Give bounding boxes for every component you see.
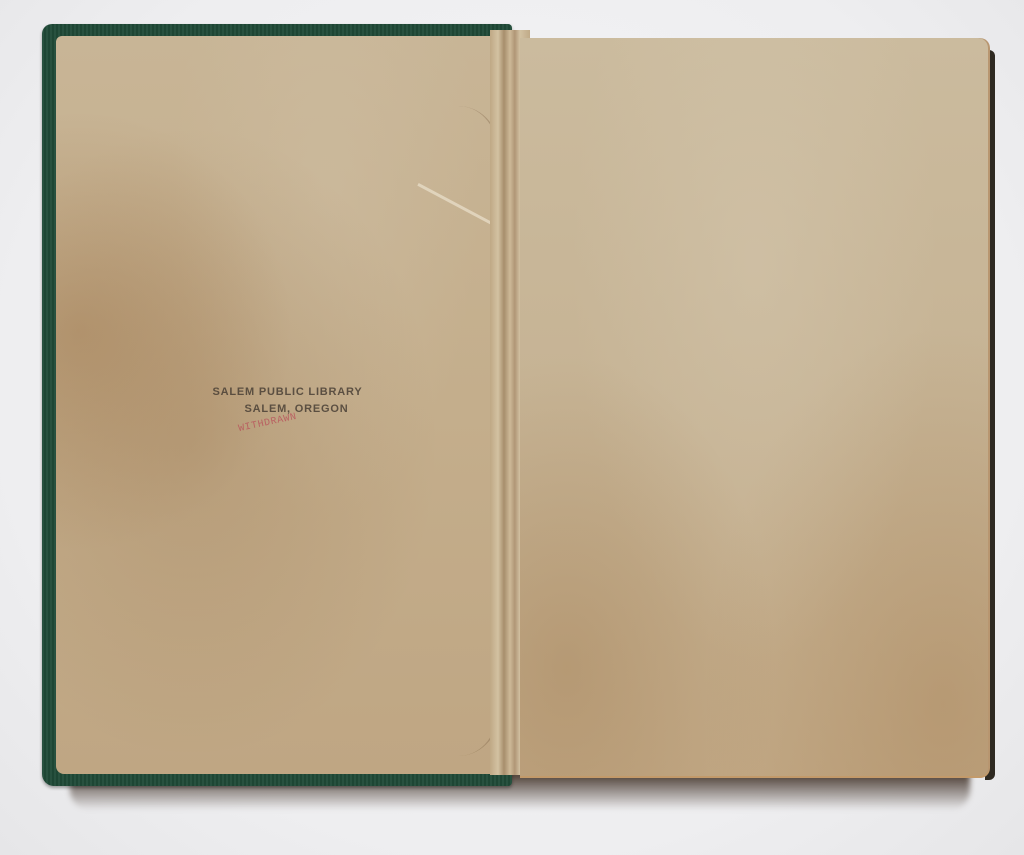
photo-background: SALEM PUBLIC LIBRARY SALEM, OREGON WITHD…	[0, 0, 1024, 855]
right-flyleaf-page	[520, 38, 990, 778]
stamp-library-name: SALEM PUBLIC LIBRARY	[200, 384, 375, 401]
